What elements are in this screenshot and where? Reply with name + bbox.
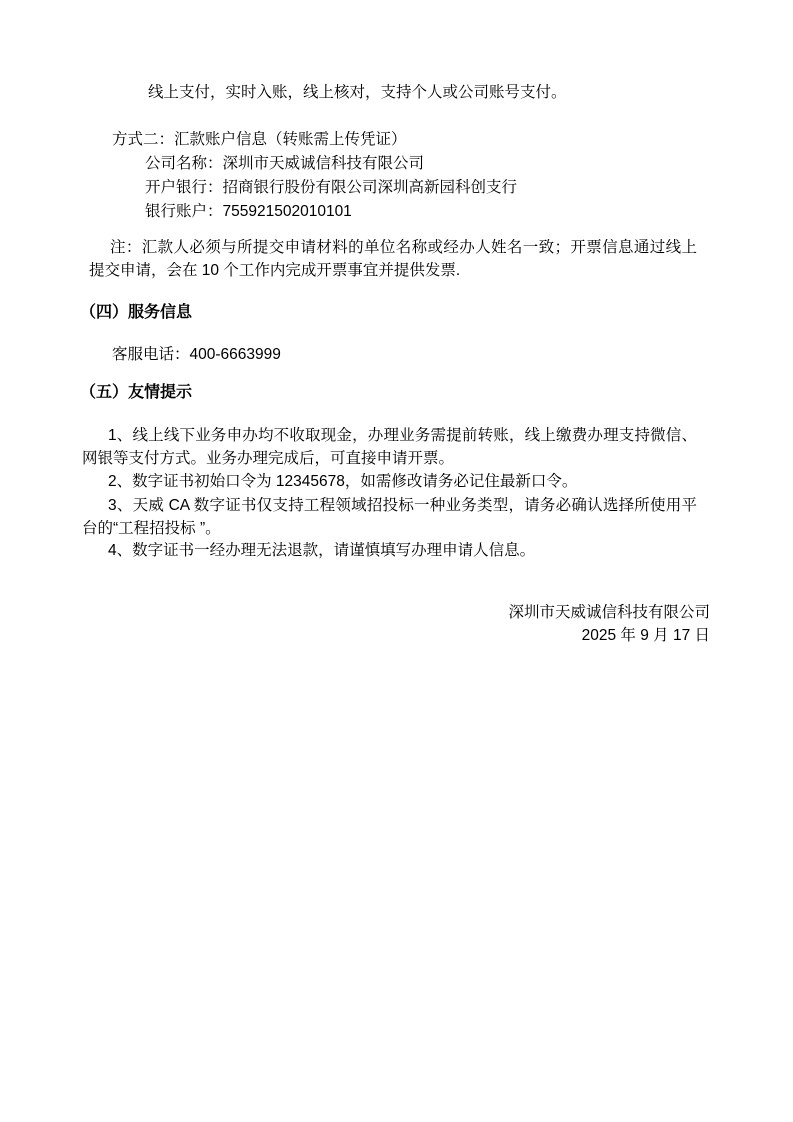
tip-item-2: 2、数字证书初始口令为 12345678，如需修改请务必记住最新口令。 bbox=[82, 470, 697, 493]
tip-item-4: 4、数字证书一经办理无法退款，请谨慎填写办理申请人信息。 bbox=[82, 539, 697, 562]
bank-account-line: 银行账户：755921502010101 bbox=[145, 200, 352, 223]
method2-title: 方式二：汇款账户信息（转账需上传凭证） bbox=[112, 128, 407, 151]
section-heading-service-info: （四）服务信息 bbox=[80, 301, 192, 324]
payment-online-note: 线上支付，实时入账，线上核对，支持个人或公司账号支付。 bbox=[148, 81, 567, 104]
signature-date: 2025 年 9 月 17 日 bbox=[582, 624, 710, 647]
remittance-note-paragraph: 注：汇款人必须与所提交申请材料的单位名称或经办人姓名一致；开票信息通过线上提交申… bbox=[89, 236, 697, 282]
company-name-line: 公司名称：深圳市天威诚信科技有限公司 bbox=[145, 152, 424, 175]
bank-name-line: 开户银行：招商银行股份有限公司深圳高新园科创支行 bbox=[145, 176, 517, 199]
section-heading-friendly-tips: （五）友情提示 bbox=[80, 381, 192, 404]
tip-item-1: 1、线上线下业务申办均不收取现金，办理业务需提前转账，线上缴费办理支持微信、网银… bbox=[82, 424, 697, 470]
tip-item-3: 3、天威 CA 数字证书仅支持工程领域招投标一种业务类型，请务必确认选择所使用平… bbox=[82, 494, 697, 540]
service-hotline-line: 客服电话：400-6663999 bbox=[112, 343, 281, 366]
document-page: 线上支付，实时入账，线上核对，支持个人或公司账号支付。 方式二：汇款账户信息（转… bbox=[0, 0, 793, 1122]
signature-company: 深圳市天威诚信科技有限公司 bbox=[508, 601, 710, 624]
